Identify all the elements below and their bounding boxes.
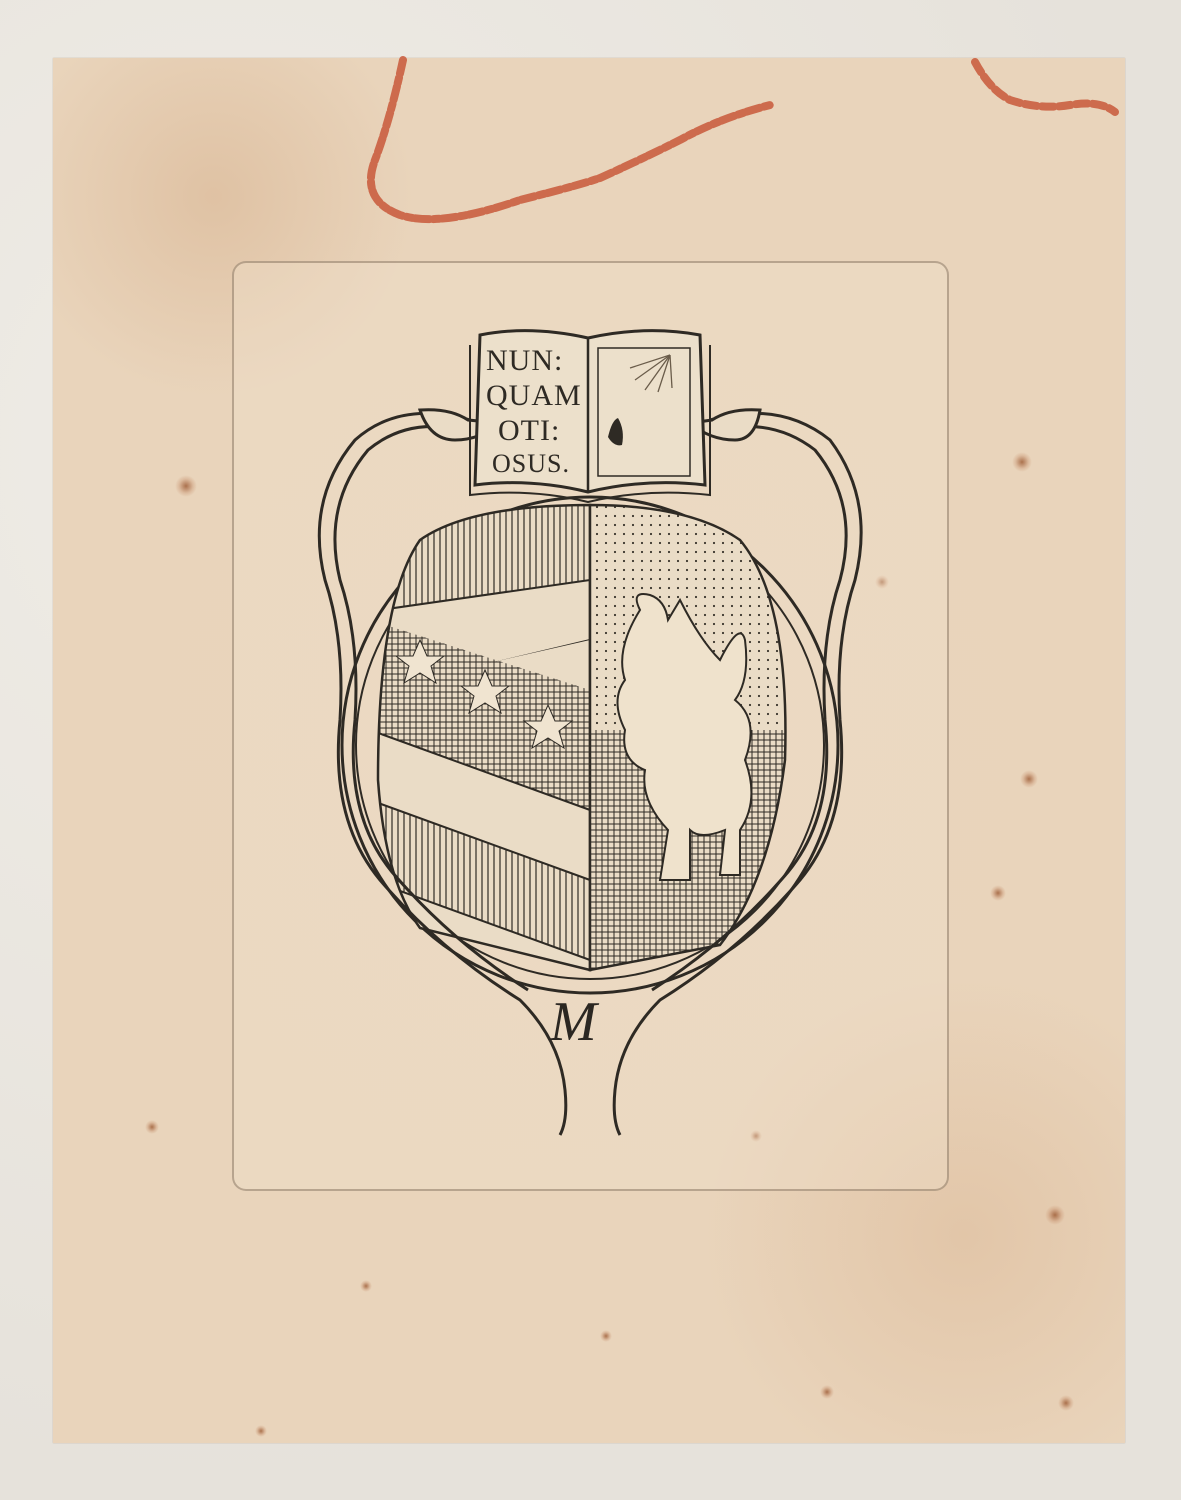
open-book: NUN: QUAM OTI: OSUS.: [470, 331, 710, 502]
motto-line-2: QUAM: [486, 379, 582, 412]
monogram: M: [549, 991, 600, 1053]
motto-line-1: NUN:: [486, 344, 563, 377]
shield-dexter: [370, 470, 595, 980]
motto-line-4: OSUS.: [492, 449, 570, 478]
engraving: NUN: QUAM OTI: OSUS. M: [0, 0, 1181, 1500]
motto-line-3: OTI:: [498, 414, 560, 447]
red-crayon-marks: [371, 60, 1115, 219]
